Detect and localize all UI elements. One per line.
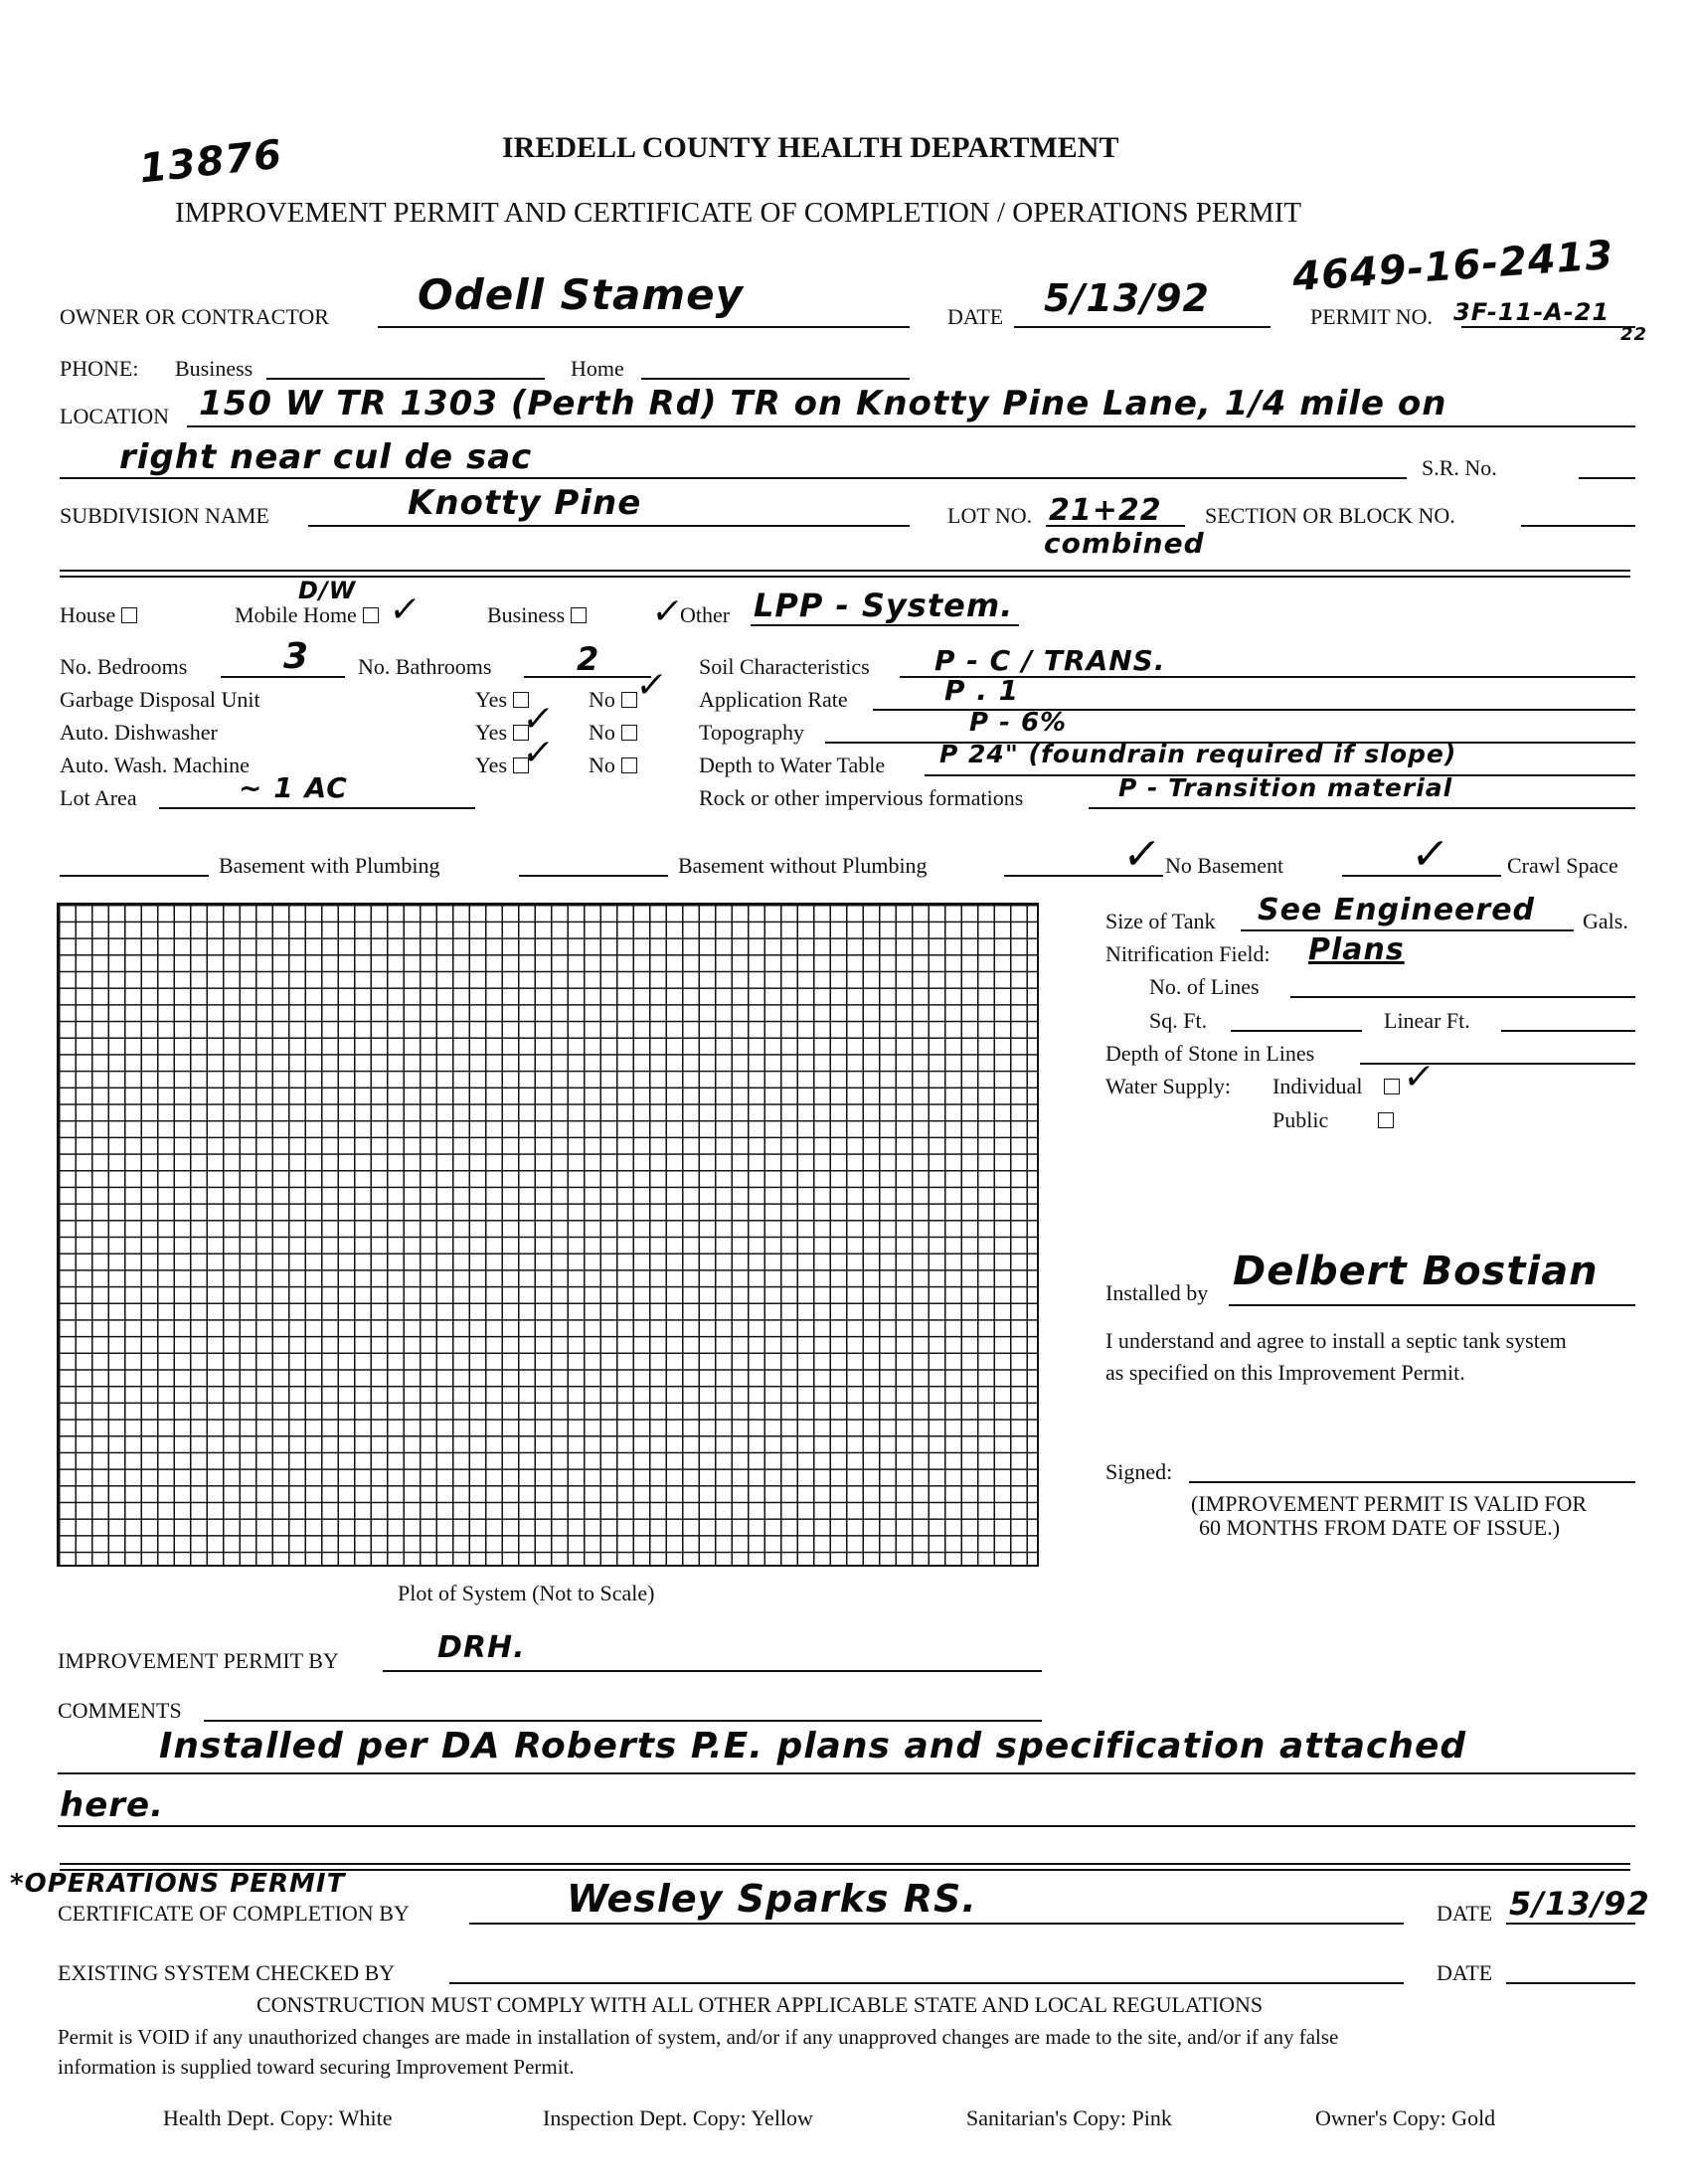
date-label: DATE — [947, 304, 1003, 330]
form-title: IMPROVEMENT PERMIT AND CERTIFICATE OF CO… — [175, 197, 1301, 230]
tank-size-label: Size of Tank — [1105, 909, 1215, 934]
dishwasher-label: Auto. Dishwasher — [60, 720, 218, 746]
public-label: Public — [1272, 1107, 1328, 1132]
comments-label: COMMENTS — [58, 1698, 182, 1724]
parcel-number: 4649-16-2413 — [1291, 233, 1615, 300]
existing-system-label: EXISTING SYSTEM CHECKED BY — [58, 1960, 395, 1986]
topography-label: Topography — [699, 720, 804, 746]
public-checkbox[interactable] — [1378, 1112, 1394, 1128]
linear-ft-field[interactable] — [1501, 1030, 1635, 1032]
existing-system-field[interactable] — [449, 1982, 1404, 1984]
water-table-value[interactable]: P 24" (foundrain required if slope) — [939, 740, 1456, 768]
location-value-line1[interactable]: 150 W TR 1303 (Perth Rd) TR on Knotty Pi… — [199, 384, 1446, 423]
section-divider — [60, 570, 1630, 572]
owner-value[interactable]: Odell Stamey — [418, 270, 744, 319]
lot-no-label: LOT NO. — [947, 503, 1032, 529]
basement-without-plumbing-field[interactable] — [519, 875, 668, 877]
crawl-space-checkmark-icon: ✓ — [1409, 837, 1450, 873]
plot-caption: Plot of System (Not to Scale) — [398, 1581, 654, 1606]
file-number: 13876 — [137, 132, 284, 193]
washer-no-option[interactable]: No — [589, 753, 637, 778]
location-value-line2[interactable]: right near cul de sac — [119, 437, 532, 477]
tank-size-value[interactable]: See Engineered — [1258, 893, 1535, 927]
owner-label: OWNER OR CONTRACTOR — [60, 304, 329, 330]
mobile-home-checkmark-icon: ✓ — [387, 592, 422, 628]
agency-title: IREDELL COUNTY HEALTH DEPARTMENT — [502, 131, 1118, 165]
washer-no-label: No — [589, 753, 615, 777]
section-block-field[interactable] — [1521, 525, 1635, 527]
bedrooms-value[interactable]: 3 — [283, 636, 309, 677]
copy-inspection-dept: Inspection Dept. Copy: Yellow — [543, 2105, 813, 2131]
signed-label: Signed: — [1105, 1459, 1172, 1485]
no-of-lines-field[interactable] — [1290, 996, 1635, 998]
location-field-line2[interactable] — [60, 477, 1407, 479]
washer-yes-checkmark-icon: ✓ — [520, 736, 555, 771]
dishwasher-no-checkbox[interactable] — [621, 725, 637, 741]
completion-label: CERTIFICATE OF COMPLETION BY — [58, 1901, 410, 1927]
nitrification-field-label: Nitrification Field: — [1105, 941, 1270, 967]
permit-no-label: PERMIT NO. — [1310, 304, 1433, 330]
mobile-home-note: D/W — [298, 577, 356, 604]
rock-value[interactable]: P - Transition material — [1118, 773, 1452, 802]
house-checkbox[interactable] — [121, 607, 137, 623]
date-field-line[interactable] — [1014, 326, 1270, 328]
lot-area-label: Lot Area — [60, 785, 137, 811]
no-basement-checkmark-icon: ✓ — [1120, 837, 1162, 873]
mobile-home-label: Mobile Home — [235, 602, 357, 627]
water-table-label: Depth to Water Table — [699, 753, 885, 778]
bedrooms-label: No. Bedrooms — [60, 654, 187, 680]
comments-value-line2[interactable]: here. — [60, 1785, 164, 1825]
rock-label: Rock or other impervious formations — [699, 785, 1023, 811]
operations-permit-annotation: *OPERATIONS PERMIT — [10, 1869, 345, 1899]
validity-line2: 60 MONTHS FROM DATE OF ISSUE.) — [1199, 1515, 1560, 1541]
validity-line1: (IMPROVEMENT PERMIT IS VALID FOR — [1191, 1491, 1587, 1517]
subdivision-field-line[interactable] — [308, 525, 910, 527]
lot-no-note: combined — [1044, 527, 1205, 560]
existing-date-field[interactable] — [1506, 1982, 1635, 1984]
phone-business-field[interactable] — [266, 378, 545, 380]
sq-ft-label: Sq. Ft. — [1149, 1008, 1207, 1034]
individual-checkmark-icon: ✓ — [1401, 1060, 1436, 1095]
comments-field-line2[interactable] — [58, 1825, 1635, 1827]
installed-by-value[interactable]: Delbert Bostian — [1233, 1249, 1599, 1294]
rock-field-line[interactable] — [1089, 807, 1635, 809]
permit-by-value[interactable]: DRH. — [437, 1630, 526, 1665]
house-option[interactable]: House — [60, 602, 137, 628]
sr-no-field[interactable] — [1579, 477, 1635, 479]
garbage-no-checkmark-icon: ✓ — [633, 668, 668, 704]
other-value[interactable]: LPP - System. — [754, 587, 1013, 624]
soil-value[interactable]: P - C / TRANS. — [934, 644, 1165, 677]
water-supply-individual-option[interactable]: Individual — [1272, 1074, 1400, 1099]
linear-ft-label: Linear Ft. — [1384, 1008, 1470, 1034]
no-of-lines-label: No. of Lines — [1149, 974, 1260, 1000]
section-divider — [60, 1863, 1630, 1865]
basement-with-plumbing-label: Basement with Plumbing — [219, 853, 439, 879]
house-label: House — [60, 602, 115, 627]
business-option[interactable]: Business — [487, 602, 587, 628]
copy-health-dept: Health Dept. Copy: White — [163, 2105, 393, 2131]
mobile-home-option[interactable]: Mobile Home — [235, 602, 379, 628]
phone-business-label: Business — [175, 356, 253, 382]
permit-no-value[interactable]: 3F-11-A-21 — [1453, 298, 1609, 326]
location-field-line1[interactable] — [187, 425, 1635, 427]
garbage-no-option[interactable]: No — [589, 687, 637, 713]
installed-by-label: Installed by — [1105, 1280, 1208, 1306]
sr-no-label: S.R. No. — [1422, 455, 1497, 481]
comments-value-line1[interactable]: Installed per DA Roberts P.E. plans and … — [159, 1726, 1466, 1766]
permit-by-field-line[interactable] — [383, 1670, 1042, 1672]
dishwasher-yes-label: Yes — [475, 720, 507, 745]
application-rate-value[interactable]: P . 1 — [944, 674, 1019, 707]
lot-no-value[interactable]: 21+22 — [1049, 493, 1162, 528]
completion-value[interactable]: Wesley Sparks RS. — [567, 1877, 977, 1921]
compliance-notice: CONSTRUCTION MUST COMPLY WITH ALL OTHER … — [256, 1992, 1263, 2018]
soil-label: Soil Characteristics — [699, 654, 870, 680]
void-notice-line1: Permit is VOID if any unauthorized chang… — [58, 2024, 1338, 2050]
installed-by-field-line[interactable] — [1229, 1304, 1635, 1306]
subdivision-label: SUBDIVISION NAME — [60, 503, 269, 529]
comments-field-line0[interactable] — [204, 1720, 1042, 1722]
garbage-no-label: No — [589, 687, 615, 712]
phone-label: PHONE: — [60, 356, 138, 382]
stone-depth-label: Depth of Stone in Lines — [1105, 1041, 1314, 1067]
business-checkbox[interactable] — [571, 607, 587, 623]
mobile-home-checkbox[interactable] — [363, 607, 379, 623]
plot-of-system-grid[interactable] — [57, 903, 1039, 1567]
void-notice-line2: information is supplied toward securing … — [58, 2054, 575, 2080]
garbage-yes-option[interactable]: Yes — [475, 687, 529, 713]
washer-yes-label: Yes — [475, 753, 507, 777]
agreement-line1: I understand and agree to install a sept… — [1105, 1328, 1567, 1354]
permit-no-field-line[interactable] — [1461, 326, 1635, 328]
date-value[interactable]: 5/13/92 — [1044, 276, 1210, 320]
signed-field[interactable] — [1189, 1481, 1635, 1483]
gals-label: Gals. — [1583, 909, 1628, 934]
nitrification-field-value[interactable]: Plans — [1308, 932, 1405, 967]
sq-ft-field[interactable] — [1231, 1030, 1362, 1032]
existing-date-label: DATE — [1437, 1960, 1492, 1986]
basement-with-plumbing-field[interactable] — [60, 875, 209, 877]
stone-depth-field[interactable] — [1360, 1063, 1635, 1065]
lot-area-value[interactable]: ~ 1 AC — [239, 771, 348, 804]
permit-by-label: IMPROVEMENT PERMIT BY — [58, 1648, 339, 1674]
individual-label: Individual — [1272, 1074, 1362, 1098]
water-supply-public-option[interactable]: Public — [1272, 1107, 1394, 1133]
business-label: Business — [487, 602, 565, 627]
topography-value[interactable]: P - 6% — [969, 708, 1067, 738]
individual-checkbox[interactable] — [1384, 1079, 1400, 1094]
bathrooms-label: No. Bathrooms — [358, 654, 491, 680]
copy-sanitarian: Sanitarian's Copy: Pink — [966, 2105, 1172, 2131]
copy-owner: Owner's Copy: Gold — [1315, 2105, 1495, 2131]
completion-date-label: DATE — [1437, 1901, 1492, 1927]
dishwasher-no-option[interactable]: No — [589, 720, 637, 746]
application-rate-label: Application Rate — [699, 687, 848, 713]
subdivision-value[interactable]: Knotty Pine — [408, 483, 641, 523]
lot-area-field-line[interactable] — [159, 807, 475, 809]
owner-field-line[interactable] — [378, 326, 910, 328]
agreement-line2: as specified on this Improvement Permit. — [1105, 1360, 1465, 1386]
comments-field-line1[interactable] — [58, 1772, 1635, 1774]
location-label: LOCATION — [60, 404, 169, 429]
garbage-yes-label: Yes — [475, 687, 507, 712]
tank-size-field-line[interactable] — [1241, 929, 1574, 931]
garbage-label: Garbage Disposal Unit — [60, 687, 260, 713]
section-divider — [60, 576, 1630, 578]
basement-without-plumbing-label: Basement without Plumbing — [678, 853, 928, 879]
completion-date-field-line[interactable] — [1506, 1923, 1635, 1925]
permit-no-value-line2: 22 — [1620, 324, 1647, 345]
phone-home-label: Home — [571, 356, 624, 382]
no-basement-label: No Basement — [1165, 853, 1283, 879]
other-label: Other — [680, 602, 730, 628]
phone-home-field[interactable] — [641, 378, 910, 380]
washer-label: Auto. Wash. Machine — [60, 753, 250, 778]
bathrooms-value[interactable]: 2 — [577, 640, 599, 678]
dishwasher-no-label: No — [589, 720, 615, 745]
other-field-line[interactable] — [751, 624, 1019, 626]
washer-no-checkbox[interactable] — [621, 757, 637, 773]
crawl-space-label: Crawl Space — [1507, 853, 1618, 879]
completion-field-line[interactable] — [469, 1923, 1404, 1925]
section-block-label: SECTION OR BLOCK NO. — [1205, 503, 1455, 529]
water-supply-label: Water Supply: — [1105, 1074, 1231, 1099]
completion-date-value[interactable]: 5/13/92 — [1509, 1885, 1650, 1923]
